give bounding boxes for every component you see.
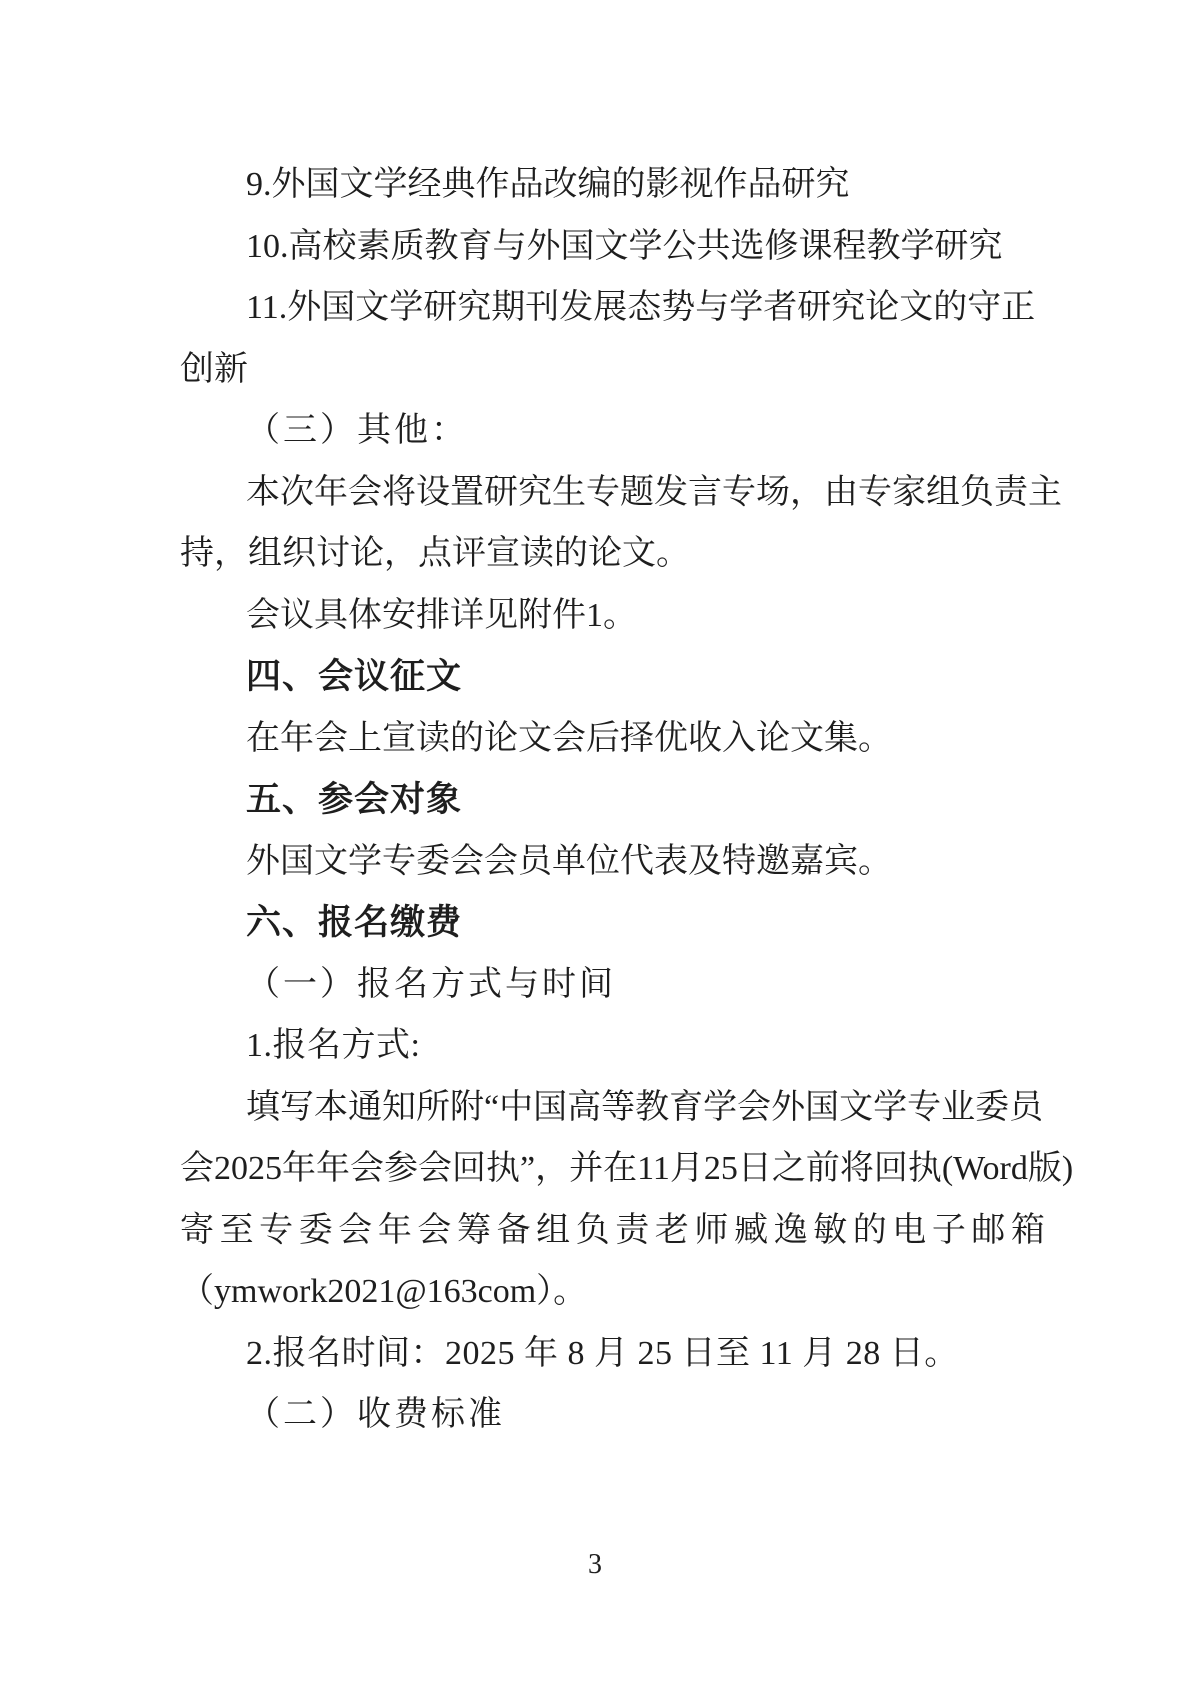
document-body: 9.外国文学经典作品改编的影视作品研究 10.高校素质教育与外国文学公共选修课程… xyxy=(180,154,1045,1446)
topic-item-10: 10.高校素质教育与外国文学公共选修课程教学研究 xyxy=(180,216,1045,278)
paragraph-grad-session-2: 持，组织讨论，点评宣读的论文。 xyxy=(180,523,1045,585)
topic-item-9: 9.外国文学经典作品改编的影视作品研究 xyxy=(180,154,1045,216)
paragraph-reply-form-3: 寄至专委会年会筹备组负责老师臧逸敏的电子邮箱 xyxy=(180,1200,1045,1262)
topic-item-11-part2: 创新 xyxy=(180,339,1045,401)
document-page: 9.外国文学经典作品改编的影视作品研究 10.高校素质教育与外国文学公共选修课程… xyxy=(0,0,1190,1683)
subsection-1-registration: （一）报名方式与时间 xyxy=(180,954,1045,1016)
page-number: 3 xyxy=(0,1549,1190,1581)
paragraph-reply-form-2: 会2025年年会参会回执”，并在11月25日之前将回执(Word版) xyxy=(180,1138,1045,1200)
paragraph-participants: 外国文学专委会会员单位代表及特邀嘉宾。 xyxy=(180,831,1045,893)
paragraph-call-for-papers: 在年会上宣读的论文会后择优收入论文集。 xyxy=(180,708,1045,770)
paragraph-grad-session-1: 本次年会将设置研究生专题发言专场，由专家组负责主 xyxy=(180,462,1045,524)
paragraph-schedule-note: 会议具体安排详见附件1。 xyxy=(180,585,1045,647)
subsection-2-fees: （二）收费标准 xyxy=(180,1384,1045,1446)
item-registration-time: 2.报名时间：2025 年 8 月 25 日至 11 月 28 日。 xyxy=(180,1323,1045,1385)
paragraph-reply-form-1: 填写本通知所附“中国高等教育学会外国文学专业委员 xyxy=(180,1077,1045,1139)
section-5-heading: 五、参会对象 xyxy=(180,769,1045,831)
item-registration-method: 1.报名方式: xyxy=(180,1015,1045,1077)
topic-item-11-part1: 11.外国文学研究期刊发展态势与学者研究论文的守正 xyxy=(180,277,1045,339)
subsection-3-other: （三）其他： xyxy=(180,400,1045,462)
section-6-heading: 六、报名缴费 xyxy=(180,892,1045,954)
paragraph-email-address: （ymwork2021@163com）。 xyxy=(180,1261,1045,1323)
section-4-heading: 四、会议征文 xyxy=(180,646,1045,708)
